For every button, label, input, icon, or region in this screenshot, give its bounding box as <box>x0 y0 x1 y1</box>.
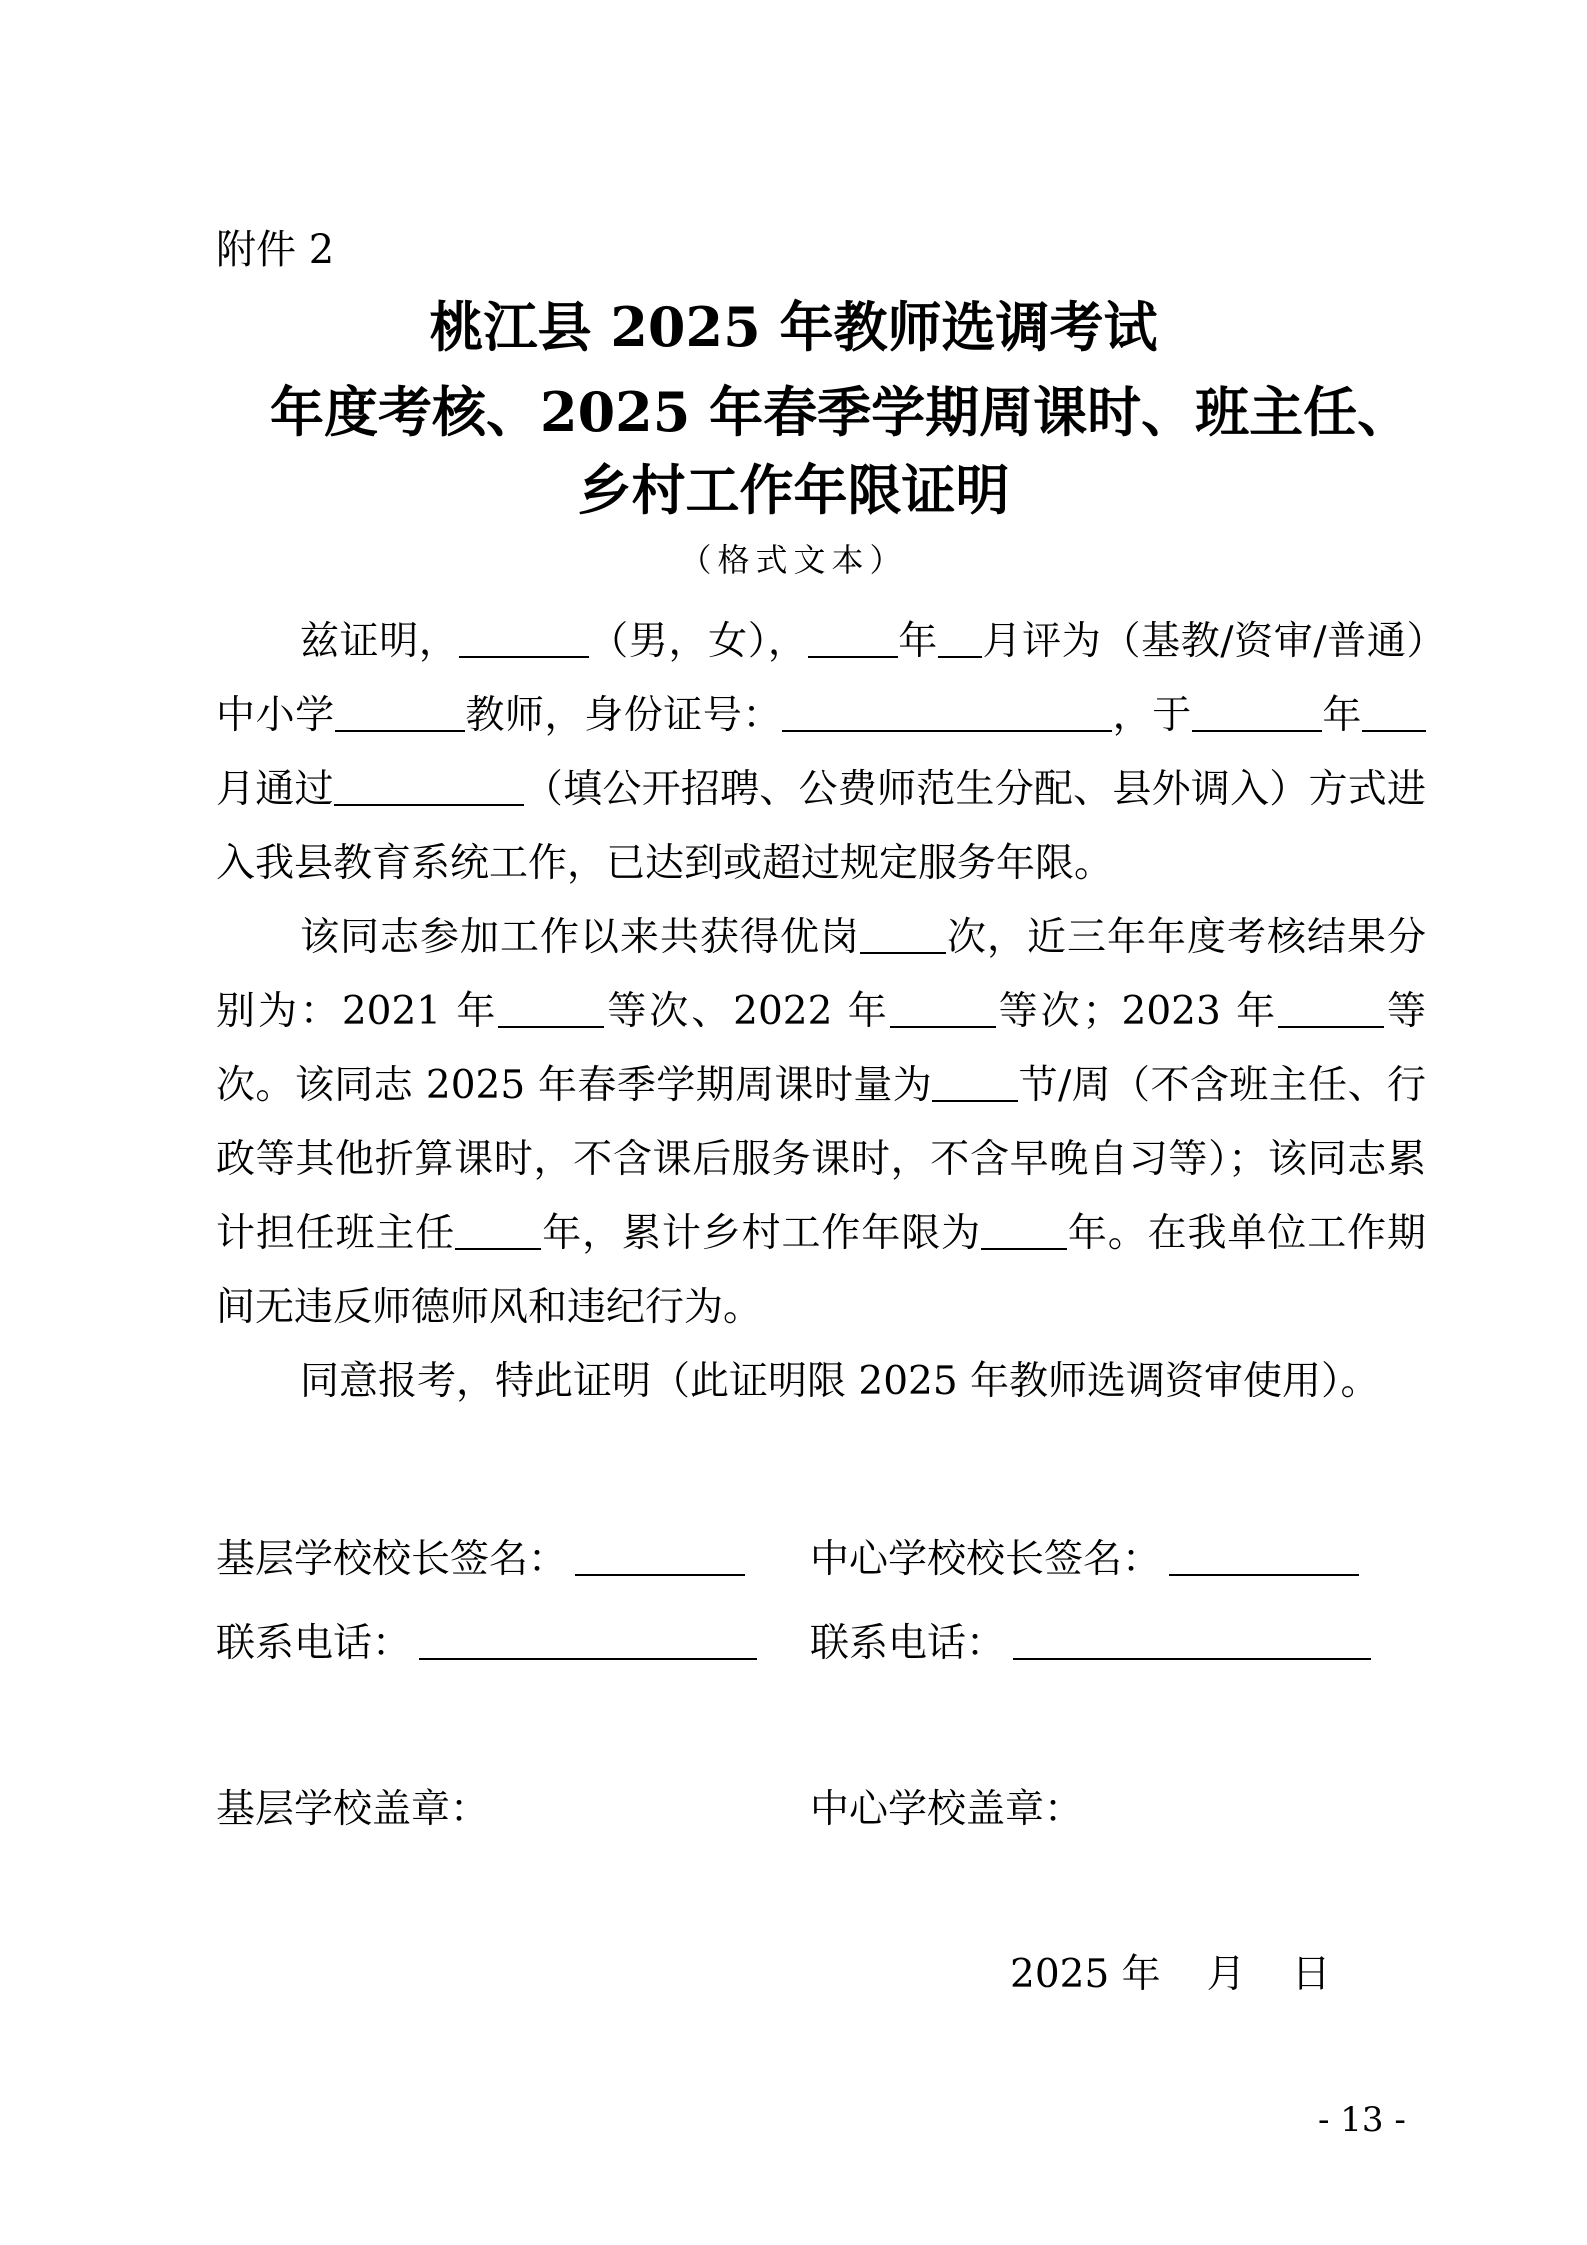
text: 兹证明， <box>300 619 459 664</box>
excellence-count-blank[interactable] <box>860 918 946 954</box>
title-line-2: 年度考核、2025 年春季学期周课时、班主任、 <box>270 370 1430 447</box>
grade-2021-blank[interactable] <box>498 992 604 1028</box>
grade-2023-blank[interactable] <box>1278 992 1384 1028</box>
phone-line[interactable] <box>1013 1624 1371 1660</box>
text: 等次；2023 年 <box>996 989 1278 1034</box>
entry-method-blank[interactable] <box>334 770 524 806</box>
title-line-3: 乡村工作年限证明 <box>0 448 1587 525</box>
paragraph-1: 兹证明，（男，女），年月评为（基教/资审/普通）中小学教师，身份证号：，于年月通… <box>216 605 1426 901</box>
date-line: 2025 年月日 <box>1010 1943 1331 1999</box>
title-line-1: 桃江县 2025 年教师选调考试 <box>0 285 1587 362</box>
weekly-hours-blank[interactable] <box>932 1066 1018 1102</box>
certificate-body: 兹证明，（男，女），年月评为（基教/资审/普通）中小学教师，身份证号：，于年月通… <box>216 605 1426 1419</box>
date-month: 月 <box>1207 1952 1246 1997</box>
text: 年 <box>898 619 938 664</box>
entry-month-blank[interactable] <box>1362 696 1426 732</box>
page-number: - 13 - <box>1318 2100 1406 2140</box>
right-phone: 联系电话： <box>810 1612 1371 1668</box>
rating-month-blank[interactable] <box>938 622 982 658</box>
principal-label: 基层学校校长签名： <box>216 1537 567 1582</box>
right-seal: 中心学校盖章： <box>810 1778 1083 1834</box>
grade-2022-blank[interactable] <box>890 992 996 1028</box>
subject-blank[interactable] <box>335 696 465 732</box>
head-teacher-years-blank[interactable] <box>455 1214 541 1250</box>
text: 等次、2022 年 <box>604 989 889 1034</box>
text: 教师，身份证号： <box>465 693 782 738</box>
text: 年 <box>1322 693 1362 738</box>
phone-label: 联系电话： <box>810 1621 1005 1666</box>
date-year: 2025 年 <box>1010 1952 1161 1997</box>
paragraph-3: 同意报考，特此证明（此证明限 2025 年教师选调资审使用）。 <box>216 1345 1426 1419</box>
left-principal-signature: 基层学校校长签名： <box>216 1528 745 1584</box>
left-phone: 联系电话： <box>216 1612 757 1668</box>
attachment-label: 附件 2 <box>216 218 334 275</box>
principal-signature-line[interactable] <box>1169 1540 1359 1576</box>
text: 该同志参加工作以来共获得优岗 <box>300 915 860 960</box>
id-number-blank[interactable] <box>782 696 1112 732</box>
phone-line[interactable] <box>419 1624 757 1660</box>
phone-label: 联系电话： <box>216 1621 411 1666</box>
text: 月通过 <box>216 767 334 812</box>
subtitle: （格式文本） <box>0 535 1587 581</box>
right-principal-signature: 中心学校校长签名： <box>810 1528 1359 1584</box>
text: 年，累计乡村工作年限为 <box>541 1211 981 1256</box>
left-seal: 基层学校盖章： <box>216 1778 489 1834</box>
date-day: 日 <box>1292 1952 1331 1997</box>
text: （男，女）， <box>589 619 808 664</box>
rural-years-blank[interactable] <box>981 1214 1067 1250</box>
paragraph-2: 该同志参加工作以来共获得优岗次，近三年年度考核结果分别为：2021 年等次、20… <box>216 901 1426 1345</box>
text: ，于 <box>1112 693 1192 738</box>
principal-signature-line[interactable] <box>575 1540 745 1576</box>
entry-year-blank[interactable] <box>1192 696 1322 732</box>
principal-label: 中心学校校长签名： <box>810 1537 1161 1582</box>
rating-year-blank[interactable] <box>808 622 898 658</box>
name-blank[interactable] <box>459 622 589 658</box>
